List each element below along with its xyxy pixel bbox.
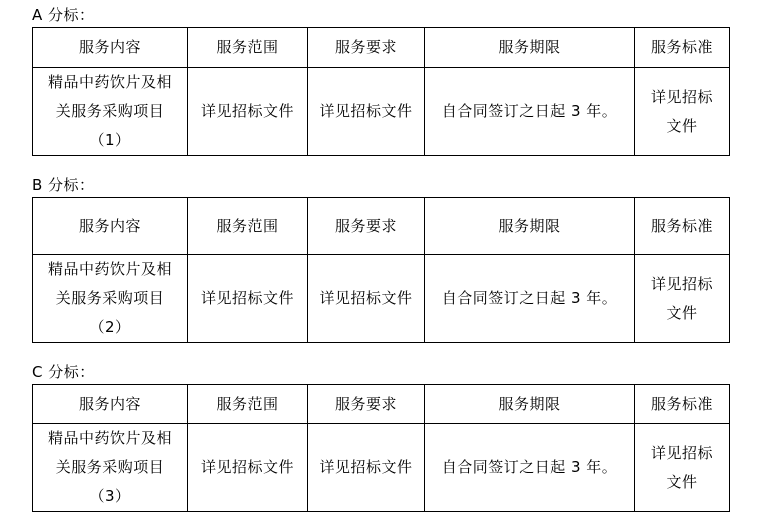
header-service-content: 服务内容: [33, 28, 188, 68]
section-c-table: 服务内容 服务范围 服务要求 服务期限 服务标准 精品中药饮片及相关服务采购项目…: [32, 384, 730, 512]
header-service-standard: 服务标准: [635, 28, 730, 68]
section-b-table: 服务内容 服务范围 服务要求 服务期限 服务标准 精品中药饮片及相关服务采购项目…: [32, 197, 730, 343]
section-a-table: 服务内容 服务范围 服务要求 服务期限 服务标准 精品中药饮片及相关服务采购项目…: [32, 27, 730, 156]
section-b-label: B 分标：: [32, 176, 730, 194]
cell-service-standard: 详见招标 文件: [635, 255, 730, 343]
header-service-scope: 服务范围: [188, 385, 308, 424]
section-c: C 分标： 服务内容 服务范围 服务要求 服务期限 服务标准 精品中药饮片及相关…: [32, 363, 730, 512]
cell-service-period: 自合同签订之日起 3 年。: [425, 255, 635, 343]
cell-service-scope: 详见招标文件: [188, 424, 308, 512]
header-service-period: 服务期限: [425, 28, 635, 68]
header-service-standard: 服务标准: [635, 198, 730, 255]
section-a-label: A 分标：: [32, 6, 730, 24]
cell-service-period: 自合同签订之日起 3 年。: [425, 68, 635, 156]
header-service-content: 服务内容: [33, 198, 188, 255]
cell-service-requirement: 详见招标文件: [308, 68, 425, 156]
header-service-requirement: 服务要求: [308, 385, 425, 424]
table-data-row: 精品中药饮片及相关服务采购项目 （1） 详见招标文件 详见招标文件 自合同签订之…: [33, 68, 730, 156]
header-service-scope: 服务范围: [188, 28, 308, 68]
header-service-period: 服务期限: [425, 198, 635, 255]
header-service-scope: 服务范围: [188, 198, 308, 255]
table-data-row: 精品中药饮片及相关服务采购项目 （2） 详见招标文件 详见招标文件 自合同签订之…: [33, 255, 730, 343]
cell-service-standard: 详见招标 文件: [635, 424, 730, 512]
table-header-row: 服务内容 服务范围 服务要求 服务期限 服务标准: [33, 28, 730, 68]
cell-service-content: 精品中药饮片及相关服务采购项目 （1）: [33, 68, 188, 156]
cell-service-content: 精品中药饮片及相关服务采购项目 （3）: [33, 424, 188, 512]
section-c-label: C 分标：: [32, 363, 730, 381]
table-header-row: 服务内容 服务范围 服务要求 服务期限 服务标准: [33, 385, 730, 424]
table-data-row: 精品中药饮片及相关服务采购项目 （3） 详见招标文件 详见招标文件 自合同签订之…: [33, 424, 730, 512]
header-service-requirement: 服务要求: [308, 198, 425, 255]
table-header-row: 服务内容 服务范围 服务要求 服务期限 服务标准: [33, 198, 730, 255]
section-a: A 分标： 服务内容 服务范围 服务要求 服务期限 服务标准 精品中药饮片及相关…: [32, 6, 730, 156]
cell-service-scope: 详见招标文件: [188, 68, 308, 156]
header-service-period: 服务期限: [425, 385, 635, 424]
header-service-requirement: 服务要求: [308, 28, 425, 68]
cell-service-scope: 详见招标文件: [188, 255, 308, 343]
section-b: B 分标： 服务内容 服务范围 服务要求 服务期限 服务标准 精品中药饮片及相关…: [32, 176, 730, 343]
cell-service-standard: 详见招标 文件: [635, 68, 730, 156]
cell-service-period: 自合同签订之日起 3 年。: [425, 424, 635, 512]
cell-service-content: 精品中药饮片及相关服务采购项目 （2）: [33, 255, 188, 343]
header-service-standard: 服务标准: [635, 385, 730, 424]
document-page: A 分标： 服务内容 服务范围 服务要求 服务期限 服务标准 精品中药饮片及相关…: [0, 0, 783, 530]
header-service-content: 服务内容: [33, 385, 188, 424]
cell-service-requirement: 详见招标文件: [308, 424, 425, 512]
cell-service-requirement: 详见招标文件: [308, 255, 425, 343]
